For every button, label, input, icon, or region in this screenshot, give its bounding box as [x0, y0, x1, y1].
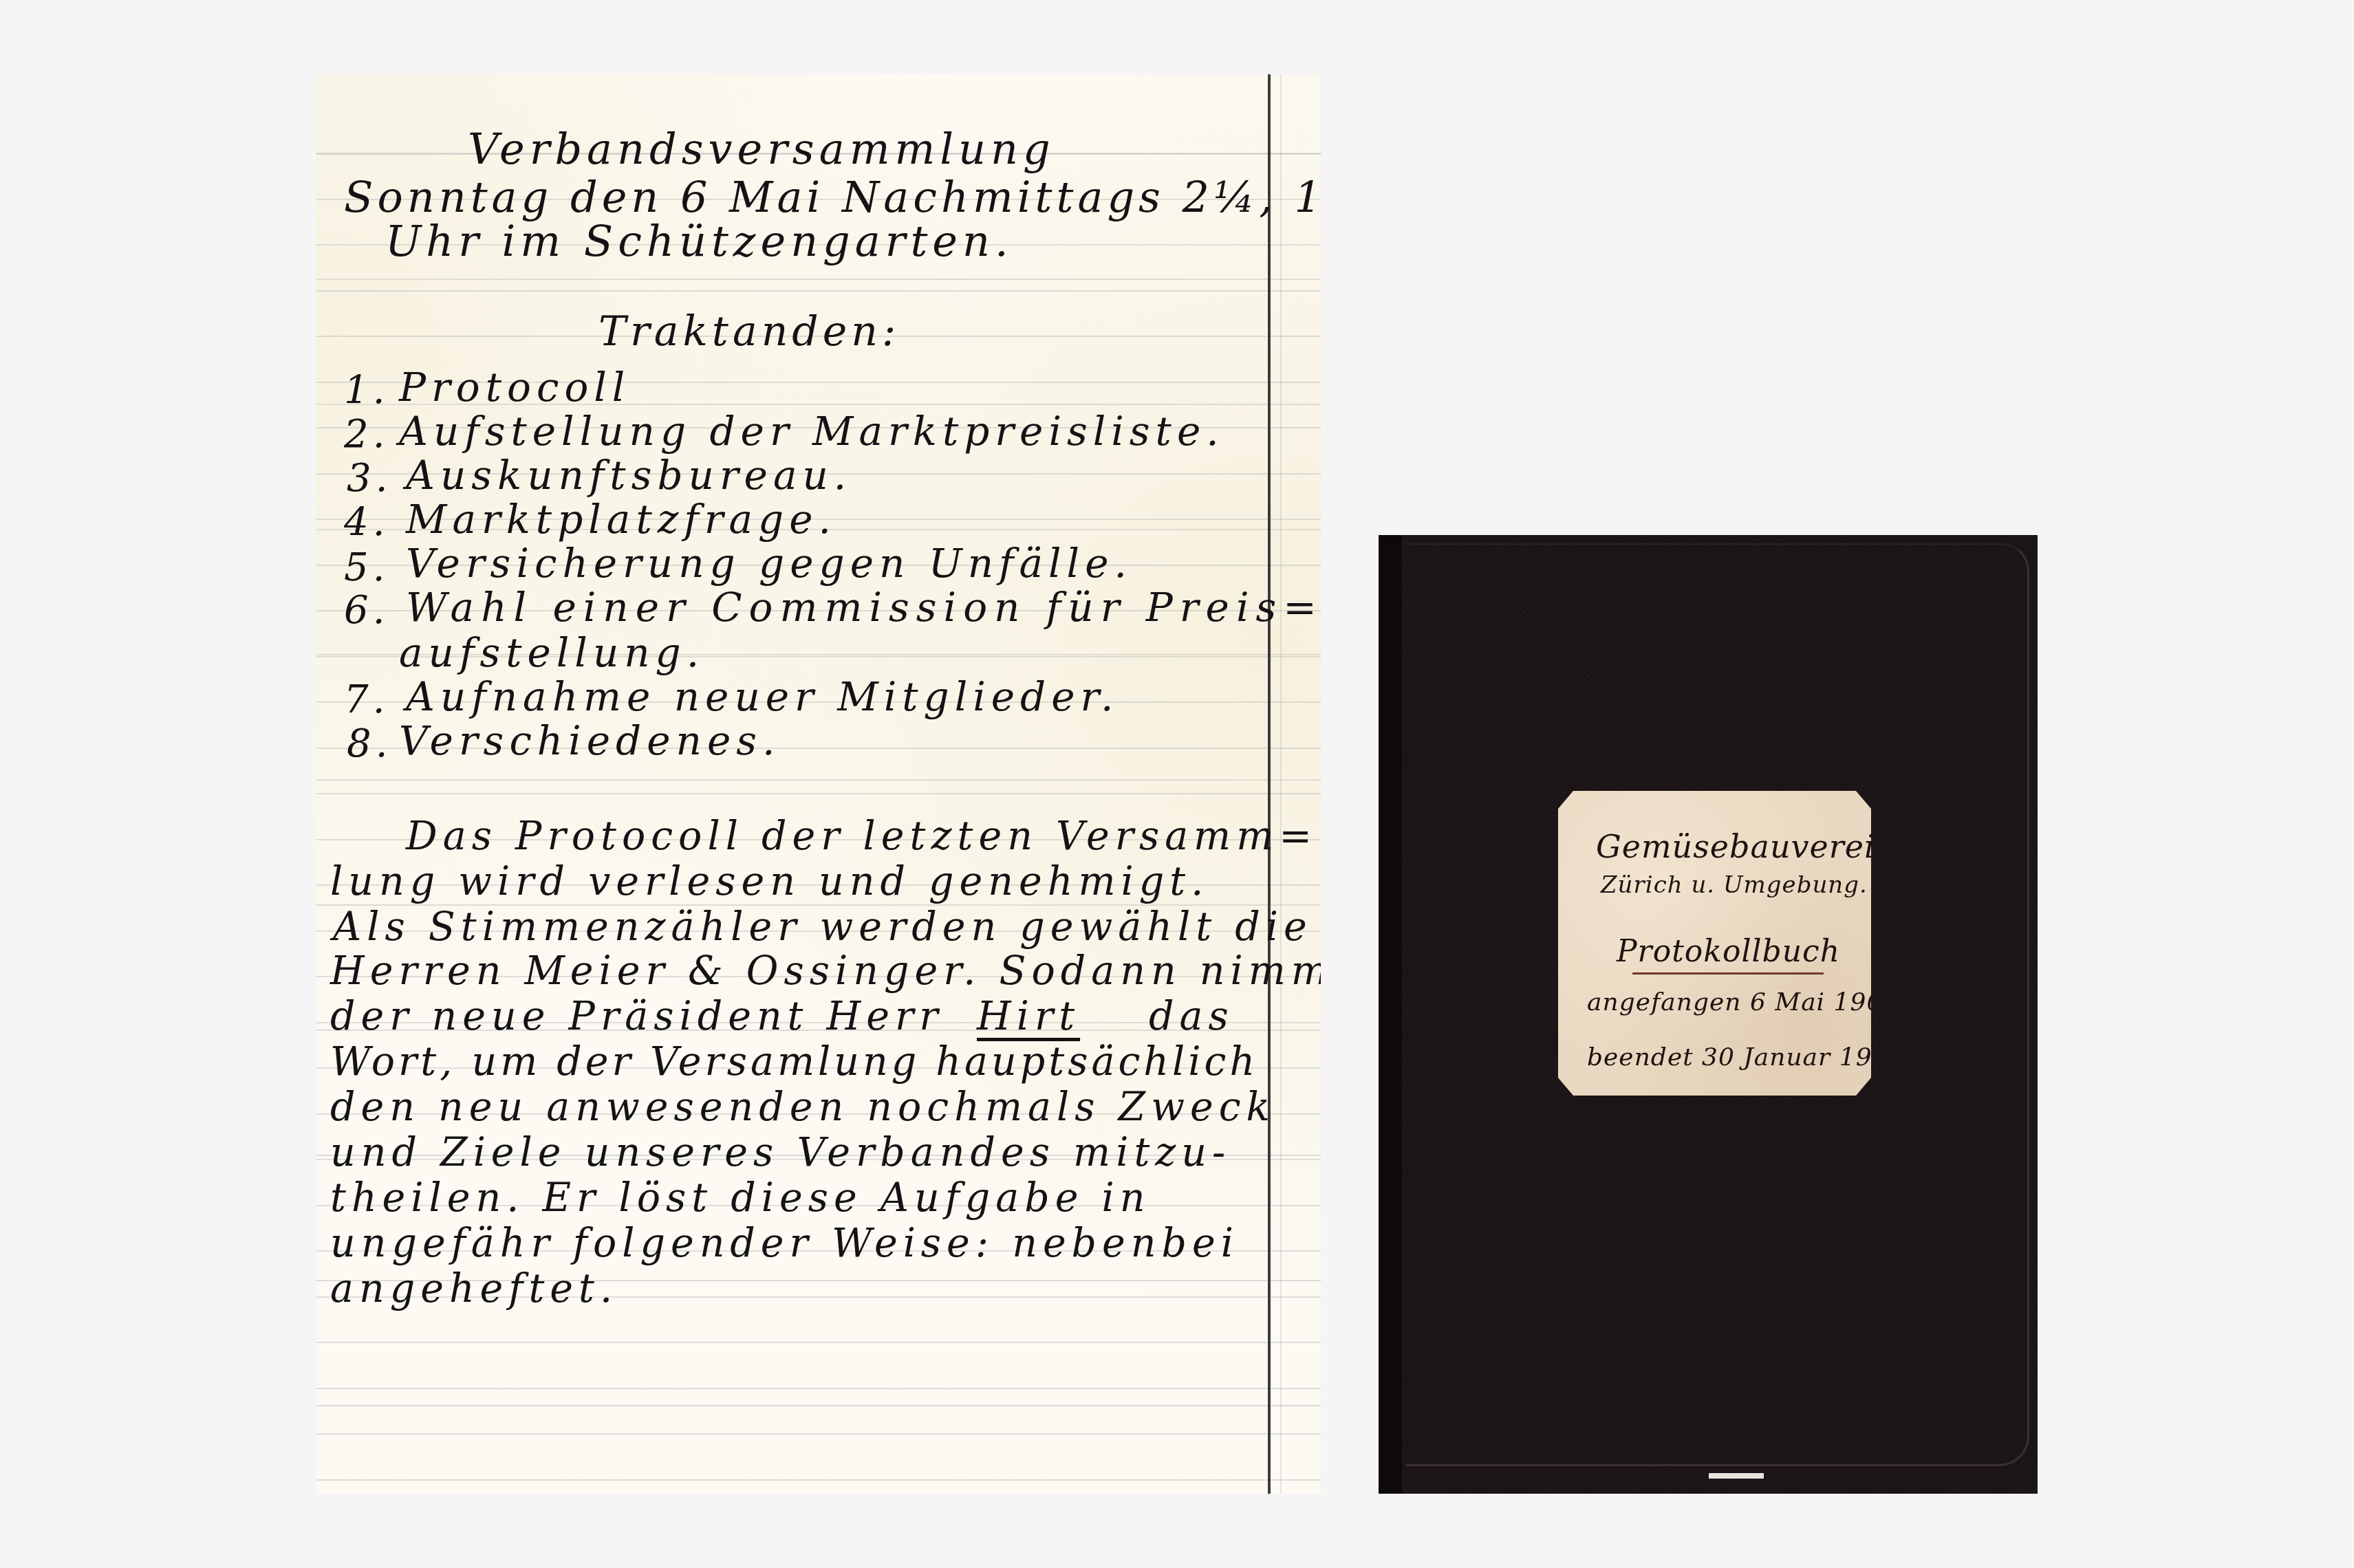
label-start-date: angefangen 6 Mai 1906 [1587, 990, 1899, 1015]
agenda-item-number: 3. [347, 459, 391, 498]
agenda-item-text: Versicherung gegen Unfälle. [406, 543, 1132, 583]
agenda-item-number: 7. [344, 681, 389, 719]
label-book-title: Protokollbuch [1617, 937, 1840, 967]
agenda-item-continuation: aufstellung. [399, 633, 704, 673]
body-line: Herren Meier & Ossinger. Sodann nimmt [330, 952, 1321, 991]
agenda-item-text: Aufnahme neuer Mitglieder. [406, 677, 1119, 717]
body-line: angeheftet. [330, 1270, 618, 1309]
place-line: Uhr im Schützengarten. [385, 220, 1013, 263]
agenda-item-number: 8. [347, 725, 391, 763]
page-edge [1709, 1473, 1764, 1479]
agenda-heading: Traktanden: [598, 311, 900, 352]
label-end-date: beendet 30 Januar 1916. [1587, 1045, 1914, 1070]
agenda-item-number: 4. [344, 503, 389, 542]
agenda-item-number: 1. [344, 371, 389, 410]
agenda-item-number: 5. [344, 549, 389, 587]
agenda-item-text: Protocoll [399, 367, 630, 407]
agenda-item-text: Aufstellung der Marktpreisliste. [399, 411, 1224, 451]
body-line: Wort, um der Versamlung hauptsächlich [330, 1043, 1258, 1082]
agenda-item-number: 6. [344, 591, 389, 630]
margin-line-faint [1280, 74, 1282, 1494]
handwritten-minutes-page: Verbandsversammlung Sonntag den 6 Mai Na… [316, 74, 1321, 1494]
book-spine [1379, 535, 1402, 1494]
agenda-item-number: 2. [344, 415, 389, 454]
date-line: Sonntag den 6 Mai Nachmittags 2¼, 1906. [344, 176, 1321, 219]
body-line: den neu anwesenden nochmals Zweck [330, 1088, 1275, 1127]
body-line: das [1149, 997, 1234, 1036]
body-line: der neue Präsident Herr [330, 997, 944, 1036]
body-line: theilen. Er löst diese Aufgabe in [330, 1179, 1151, 1218]
body-line: und Ziele unseres Verbandes mitzu- [330, 1133, 1231, 1173]
protocol-book-cover: Gemüsebauverein Zürich u. Umgebung. Prot… [1379, 535, 2038, 1494]
label-location: Zürich u. Umgebung. [1601, 873, 1868, 897]
body-line: Das Protocoll der letzten Versamm= [406, 817, 1317, 856]
agenda-item-text: Auskunftsbureau. [406, 455, 852, 495]
agenda-item-text: Verschiedenes. [399, 721, 780, 761]
president-name: Hirt [977, 997, 1080, 1036]
body-line: lung wird verlesen und genehmigt. [330, 862, 1209, 902]
label-association-name: Gemüsebauverein [1596, 831, 1896, 862]
agenda-item-text: Wahl einer Commission für Preis= [406, 587, 1321, 627]
body-line: ungefähr folgender Weise: nebenbei [330, 1224, 1239, 1263]
margin-line [1268, 74, 1271, 1494]
page-title: Verbandsversammlung [468, 128, 1055, 171]
agenda-item-text: Marktplatzfrage. [406, 499, 836, 539]
body-line: Als Stimmenzähler werden gewählt die [333, 908, 1313, 947]
cover-label: Gemüsebauverein Zürich u. Umgebung. Prot… [1558, 791, 1871, 1096]
label-title-underline [1632, 972, 1824, 974]
